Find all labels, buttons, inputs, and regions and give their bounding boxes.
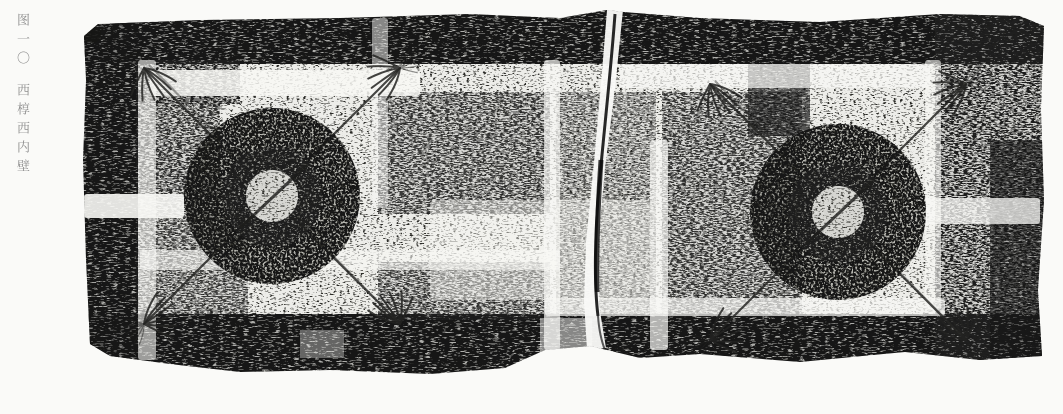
- seam: [650, 140, 668, 350]
- patch: [378, 92, 550, 214]
- rubbing-sheet: [78, 10, 1048, 378]
- light-patch: [300, 330, 344, 358]
- seam: [372, 18, 388, 208]
- light-patch: [540, 318, 592, 376]
- figure-title-label: 西椁西内壁: [15, 83, 28, 178]
- seam: [545, 298, 945, 316]
- rubbing-figure: [0, 0, 1063, 414]
- right-band-dark: [990, 140, 1048, 362]
- figure-number-label: 图一〇: [15, 13, 28, 70]
- seam: [620, 64, 930, 88]
- left-band: [78, 10, 138, 360]
- top-band: [78, 10, 1048, 64]
- figure-caption: 图一〇 西椁西内壁: [15, 13, 28, 178]
- corner-blotch: [83, 25, 101, 43]
- seam: [925, 60, 941, 310]
- seam: [84, 194, 184, 218]
- scanned-page: 图一〇 西椁西内壁: [0, 0, 1063, 414]
- light-patch: [430, 200, 650, 300]
